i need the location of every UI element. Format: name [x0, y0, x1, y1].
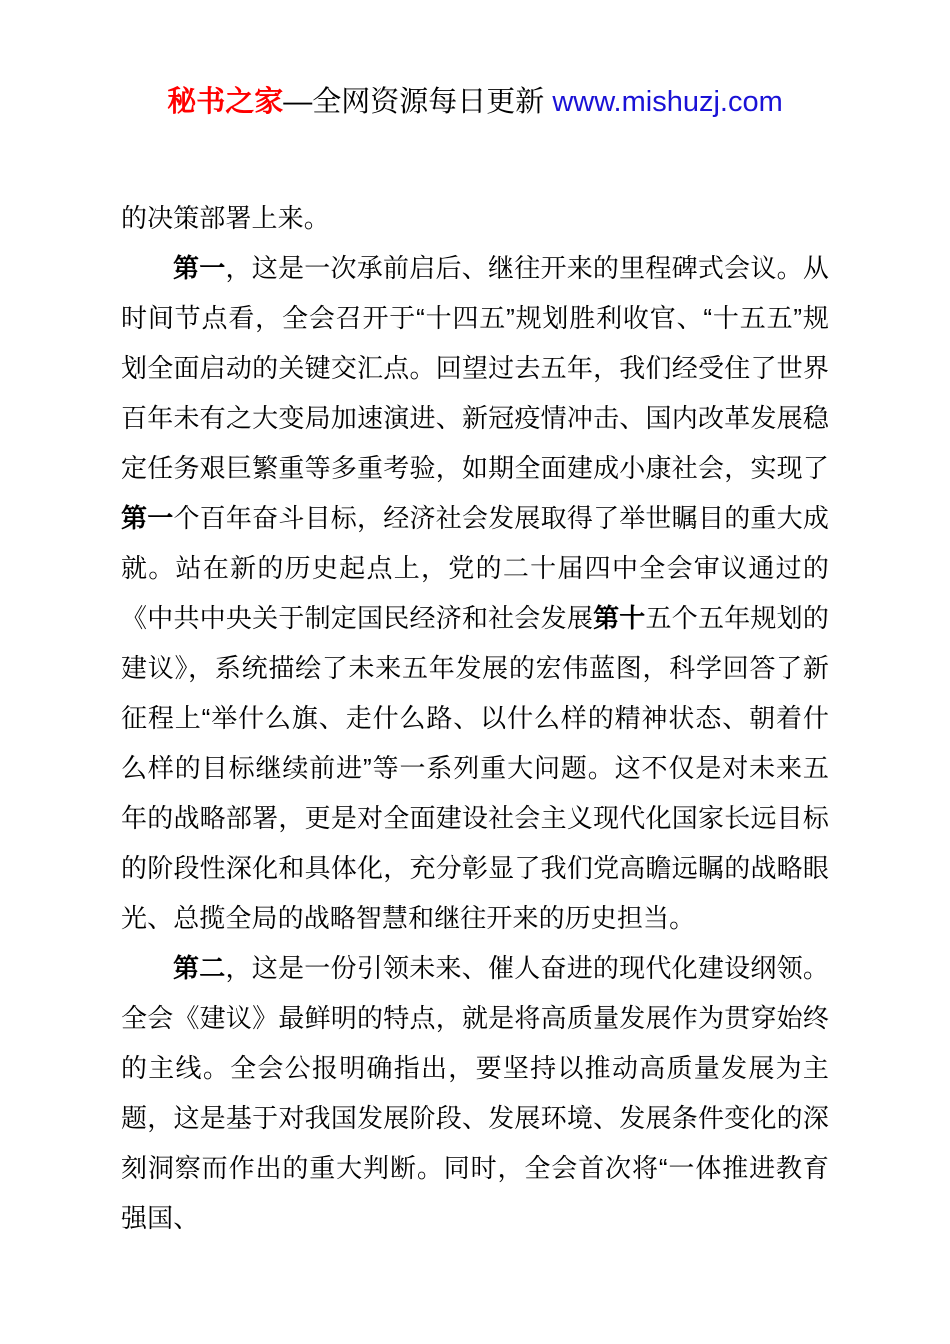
text-run: 的决策部署上来。: [121, 203, 330, 233]
text-run: ，这是一份引领未来、催人奋进的现代化建设纲领。全会《建议》最鲜明的特点，就是将高…: [121, 953, 829, 1233]
paragraph: 的决策部署上来。: [121, 193, 829, 243]
bold-run: 第十: [593, 603, 645, 633]
paragraph: 第二，这是一份引领未来、催人奋进的现代化建设纲领。全会《建议》最鲜明的特点，就是…: [121, 943, 829, 1243]
document-body: 的决策部署上来。第一，这是一次承前启后、继往开来的里程碑式会议。从时间节点看，全…: [121, 193, 829, 1243]
bold-run: 第一: [173, 253, 226, 283]
text-run: 五个五年规划的建议》，系统描绘了未来五年发展的宏伟蓝图，科学回答了新征程上“举什…: [121, 603, 829, 933]
header-tagline: —全网资源每日更新: [283, 86, 552, 118]
page-header: 秘书之家—全网资源每日更新 www.mishuzj.com: [0, 0, 950, 119]
site-url[interactable]: www.mishuzj.com: [552, 86, 782, 118]
text-run: ，这是一次承前启后、继往开来的里程碑式会议。从时间节点看，全会召开于“十四五”规…: [121, 253, 829, 483]
bold-run: 第二: [173, 953, 226, 983]
bold-run: 第一: [121, 503, 173, 533]
paragraph: 第一，这是一次承前启后、继往开来的里程碑式会议。从时间节点看，全会召开于“十四五…: [121, 243, 829, 943]
brand-text: 秘书之家: [167, 86, 283, 118]
document-page: 秘书之家—全网资源每日更新 www.mishuzj.com 的决策部署上来。第一…: [0, 0, 950, 1344]
